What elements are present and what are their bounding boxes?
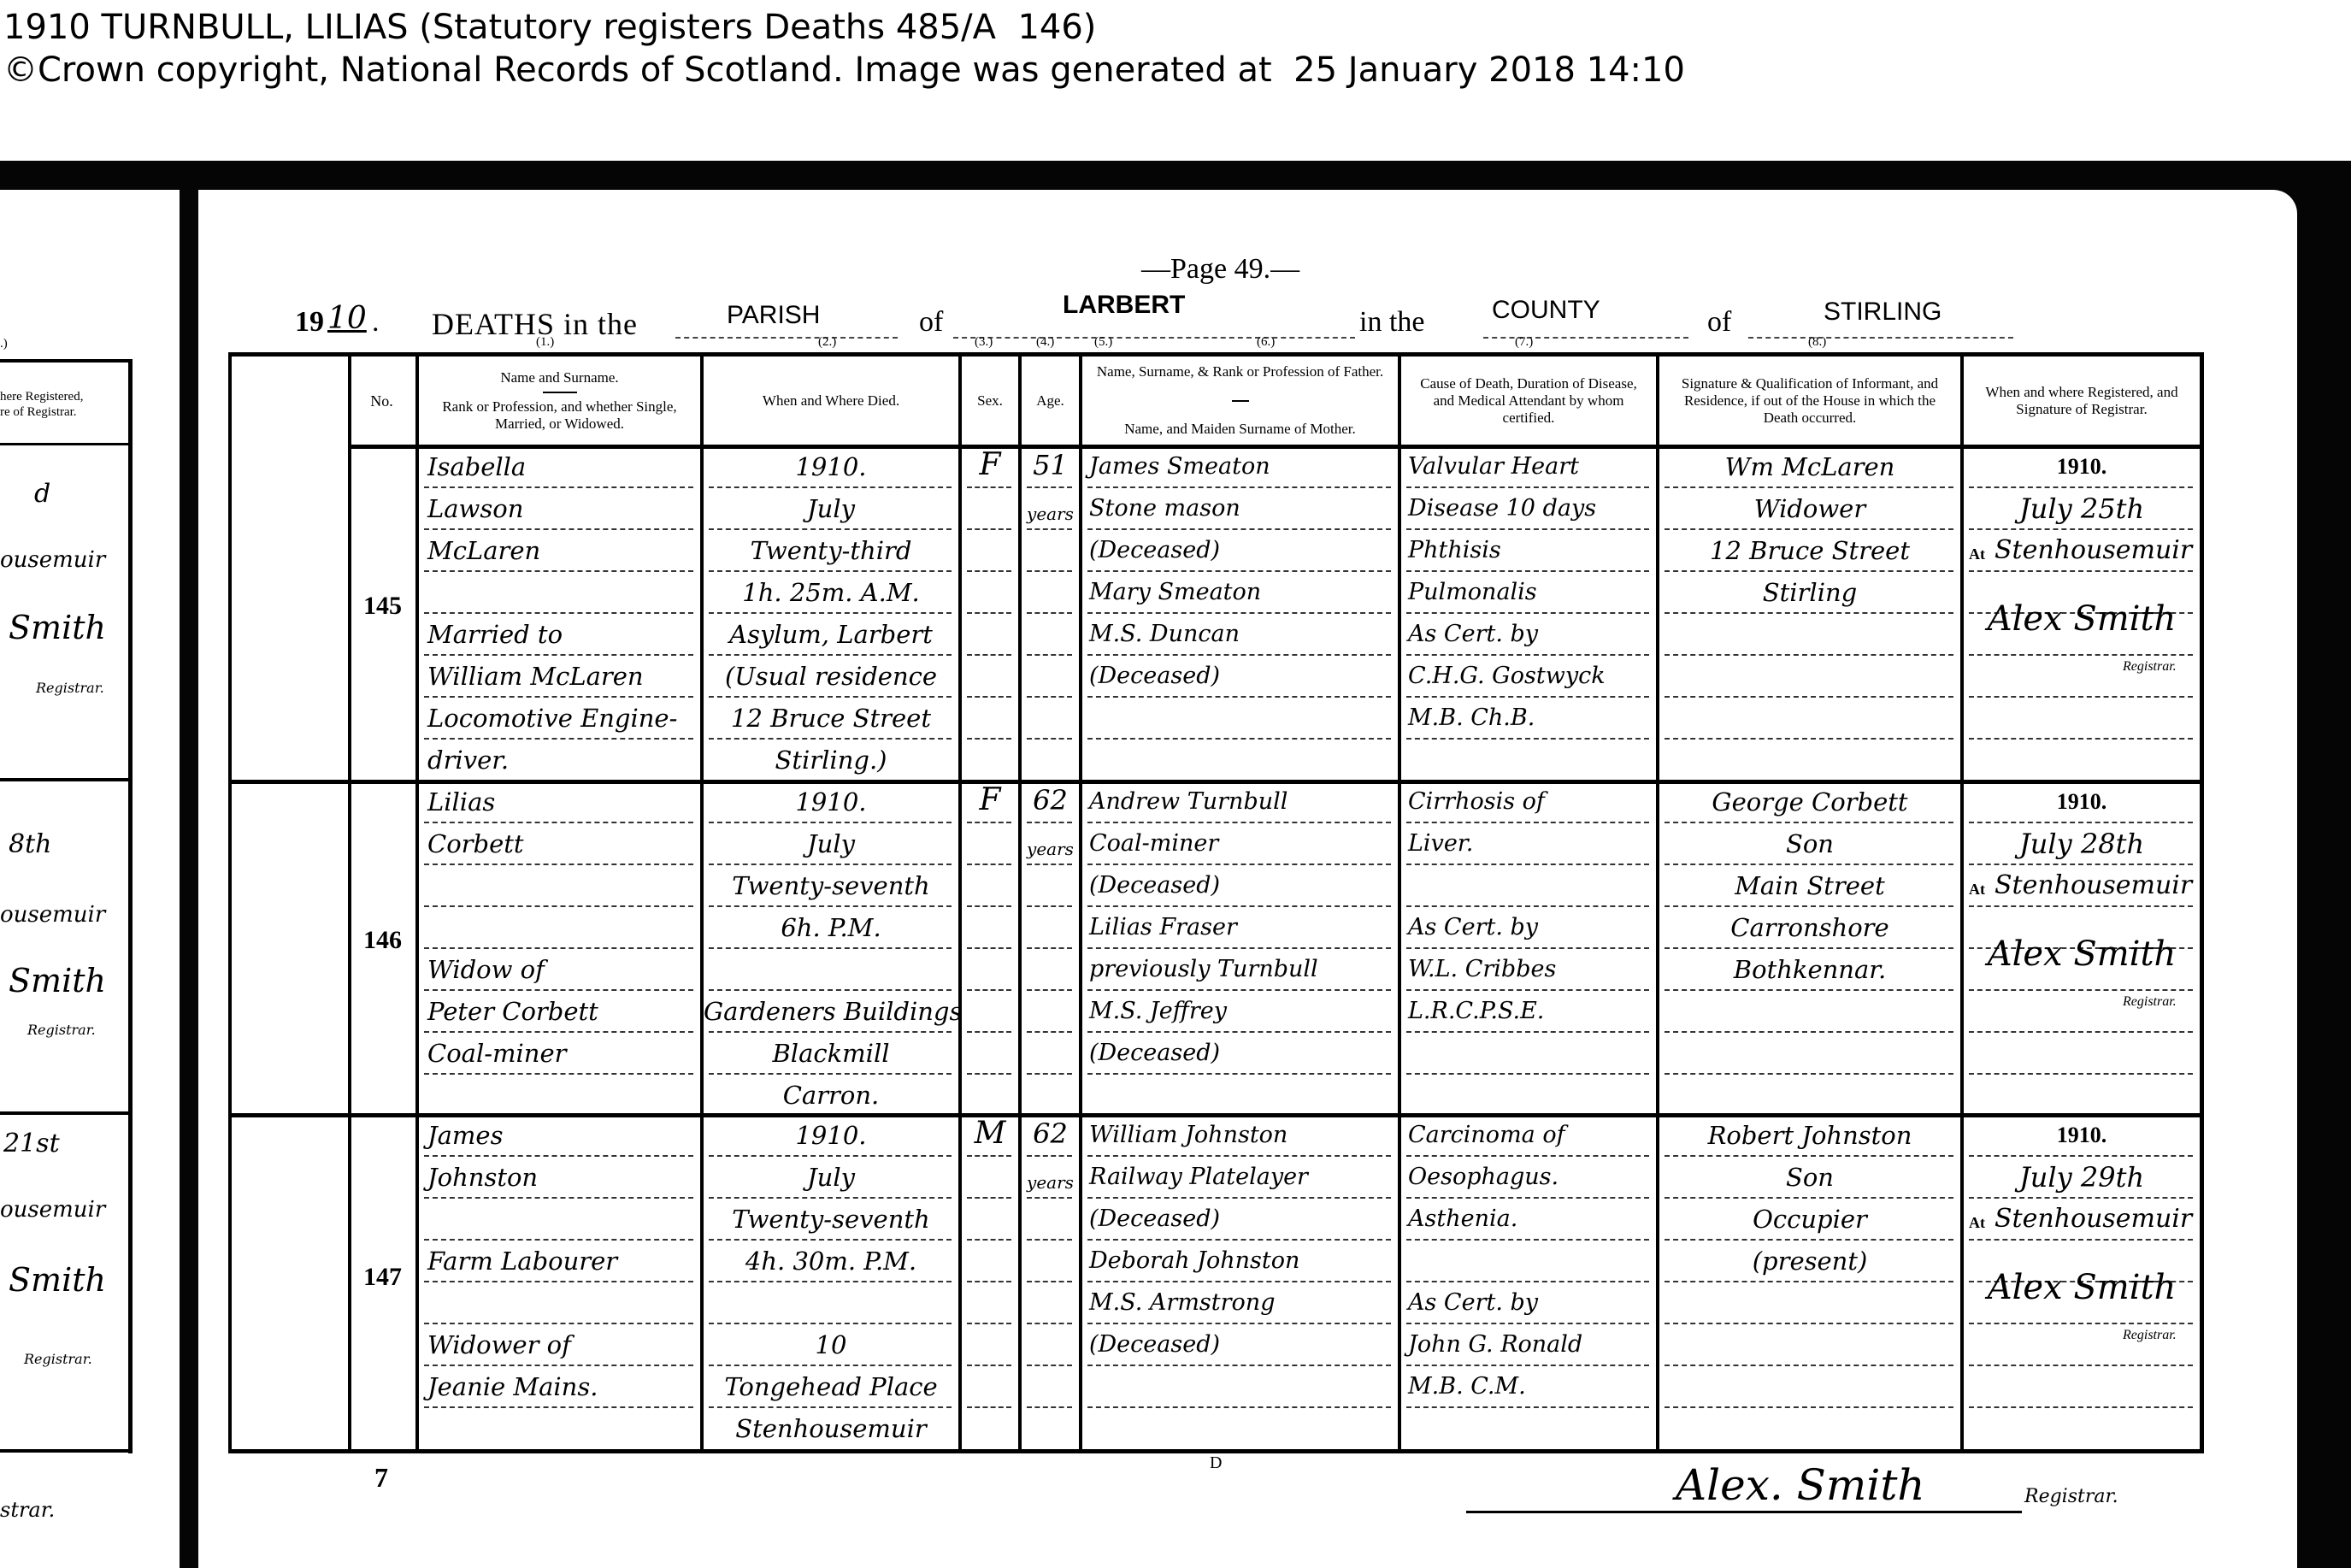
ruled-line	[709, 612, 952, 614]
left-place-1: ousemuir	[0, 547, 105, 573]
name-line: Locomotive Engine-	[427, 703, 692, 734]
ruled-line	[424, 1406, 693, 1408]
ruled-line	[424, 696, 693, 698]
header-no: No.	[348, 357, 415, 445]
ruled-line	[424, 528, 693, 530]
ruled-line	[1969, 1073, 2193, 1075]
name-line: Coal-miner	[427, 1038, 692, 1069]
col-num-1: (1.)	[536, 335, 554, 350]
deaths-title: DEATHS in the	[432, 306, 638, 342]
entry-number: 146	[363, 926, 402, 955]
ruled-line	[424, 738, 693, 740]
ruled-line	[1027, 1323, 1072, 1324]
header-name: Name and Surname. Rank or Profession, an…	[419, 357, 700, 445]
ruled-line	[1406, 989, 1649, 991]
page-label: —Page 49.—	[1141, 253, 1299, 286]
when-where-line: Gardeners Buildings	[704, 996, 958, 1027]
header-age: Age.	[1022, 357, 1079, 445]
parents-line: James Smeaton	[1089, 451, 1391, 482]
registrar-signature: Alex Smith	[1964, 604, 2200, 634]
col-num-4: (4.)	[1036, 335, 1054, 350]
ruled-line	[1027, 1406, 1072, 1408]
ruled-line	[1087, 1406, 1391, 1408]
col-num-7: (7.)	[1515, 335, 1533, 350]
when-where-line: 12 Bruce Street	[704, 703, 958, 734]
cause-line: Asthenia.	[1408, 1204, 1649, 1235]
age-unit: years	[1022, 834, 1079, 864]
of-label-1: of	[919, 306, 943, 339]
ruled-line	[967, 1406, 1011, 1408]
registrar-label: Registrar.	[2123, 659, 2177, 675]
ruled-line	[1406, 738, 1649, 740]
left-registrar-1: Registrar.	[36, 680, 104, 696]
at-label: At	[1969, 881, 1985, 899]
informant-line: George Corbett	[1659, 787, 1960, 817]
name-line: Jeanie Mains.	[427, 1371, 692, 1402]
ruled-line	[1087, 1155, 1391, 1157]
cause-line: W.L. Cribbes	[1408, 954, 1649, 985]
ruled-line	[1087, 864, 1391, 865]
deaths-register-table: No. Name and Surname. Rank or Profession…	[228, 352, 2204, 1453]
left-col-num: .)	[0, 337, 8, 351]
ruled-line	[424, 570, 693, 572]
ruled-line	[709, 1031, 952, 1033]
ruled-line	[1087, 1281, 1391, 1282]
ruled-line	[709, 905, 952, 907]
registrar-signature: Alex Smith	[1964, 939, 2200, 970]
county-type: COUNTY	[1492, 296, 1600, 325]
of-label-2: of	[1707, 306, 1731, 339]
name-line: Married to	[427, 619, 692, 650]
ruled-line	[967, 864, 1011, 865]
cause-line: Pulmonalis	[1408, 577, 1649, 608]
ruled-line	[709, 528, 952, 530]
registered-year: 1910.	[1964, 787, 2200, 817]
informant-line: Robert Johnston	[1659, 1120, 1960, 1151]
ruled-line	[1087, 1197, 1391, 1199]
when-where-line: July	[704, 493, 958, 524]
when-where-line: 1910.	[704, 1120, 958, 1151]
ruled-line	[1406, 1031, 1649, 1033]
ruled-line	[1969, 864, 2193, 865]
ruled-line	[1665, 822, 1953, 823]
ruled-line	[967, 1197, 1011, 1199]
ruled-line	[1087, 486, 1391, 488]
ruled-line	[1027, 1365, 1072, 1366]
name-line: Corbett	[427, 828, 692, 859]
ruled-line	[1406, 1155, 1649, 1157]
ruled-line	[709, 989, 952, 991]
entry-row-147: 147JamesJohnstonFarm LabourerWidower ofJ…	[232, 1113, 2200, 1453]
ruled-line	[1406, 570, 1649, 572]
cause-line: As Cert. by	[1408, 1288, 1649, 1318]
sex-value: F	[962, 785, 1018, 816]
ruled-line	[1969, 738, 2193, 740]
ruled-line	[424, 905, 693, 907]
when-where-line: 1910.	[704, 787, 958, 817]
ruled-line	[1087, 1323, 1391, 1324]
cause-line: M.B. C.M.	[1408, 1371, 1649, 1402]
when-where-line: Carron.	[704, 1080, 958, 1111]
name-line: Widower of	[427, 1329, 692, 1360]
ruled-line	[1969, 989, 2193, 991]
ruled-line	[1087, 905, 1391, 907]
ruled-line	[1406, 528, 1649, 530]
ruled-line	[1406, 822, 1649, 823]
ruled-line	[1406, 1365, 1649, 1366]
ruled-line	[1665, 1281, 1953, 1282]
bottom-signature-line	[1466, 1511, 2022, 1513]
ruled-line	[709, 1281, 952, 1282]
parents-line: Stone mason	[1089, 493, 1391, 524]
ruled-line	[1027, 1281, 1072, 1282]
ruled-line	[967, 1073, 1011, 1075]
when-where-line: Twenty-third	[704, 535, 958, 566]
ruled-line	[1665, 1155, 1953, 1157]
sex-value: M	[962, 1118, 1018, 1149]
ruled-line	[967, 570, 1011, 572]
ruled-line	[967, 989, 1011, 991]
parents-line: Mary Smeaton	[1089, 577, 1391, 608]
left-registrar-2: Registrar.	[27, 1022, 96, 1038]
ruled-line	[1027, 1155, 1072, 1157]
ruled-line	[967, 1365, 1011, 1366]
bottom-registrar-label: Registrar.	[2024, 1486, 2118, 1507]
registered-date: July 29th	[1964, 1162, 2200, 1193]
when-where-line: 1910.	[704, 451, 958, 482]
ruled-line	[1087, 1365, 1391, 1366]
ruled-line	[1087, 570, 1391, 572]
ruled-line	[424, 1197, 693, 1199]
informant-line: Widower	[1659, 493, 1960, 524]
ruled-line	[967, 738, 1011, 740]
ruled-line	[1969, 654, 2193, 656]
informant-line: Son	[1659, 1162, 1960, 1193]
registered-place: Stenhousemuir	[1995, 870, 2196, 901]
ruled-line	[1087, 947, 1391, 949]
ruled-line	[967, 1031, 1011, 1033]
ruled-line	[1027, 905, 1072, 907]
ruled-line	[1406, 947, 1649, 949]
ruled-line	[1969, 696, 2193, 698]
ruled-line	[1087, 1073, 1391, 1075]
ruled-line	[424, 947, 693, 949]
name-line: William McLaren	[427, 661, 692, 692]
ruled-line	[424, 1323, 693, 1324]
ruled-line	[1665, 1406, 1953, 1408]
ruled-line	[709, 738, 952, 740]
name-line: Farm Labourer	[427, 1246, 692, 1276]
entry-row-146: 146LiliasCorbettWidow ofPeter CorbettCoa…	[232, 780, 2200, 1113]
ruled-line	[1406, 1281, 1649, 1282]
in-the-label: in the	[1359, 306, 1424, 339]
parents-line: M.S. Armstrong	[1089, 1288, 1391, 1318]
ruled-line	[967, 1239, 1011, 1241]
when-where-line: July	[704, 1162, 958, 1193]
registered-year: 1910.	[1964, 451, 2200, 482]
age-value: 62	[1022, 785, 1079, 816]
when-where-line: Blackmill	[704, 1038, 958, 1069]
left-date-1: d	[34, 479, 50, 509]
ruled-line	[1087, 738, 1391, 740]
header-informant: Signature & Qualification of Informant, …	[1659, 357, 1960, 445]
ruled-line	[424, 864, 693, 865]
name-line: McLaren	[427, 535, 692, 566]
ruled-line	[1027, 822, 1072, 823]
name-line: Johnston	[427, 1162, 692, 1193]
informant-line: Carronshore	[1659, 912, 1960, 943]
parents-line: Lilias Fraser	[1089, 912, 1391, 943]
ruled-line	[709, 570, 952, 572]
entry-row-145: 145IsabellaLawsonMcLarenMarried toWillia…	[232, 445, 2200, 780]
col-num-8: (8.)	[1808, 335, 1826, 350]
ruled-line	[1969, 1239, 2193, 1241]
col-num-5: (5.)	[1094, 335, 1112, 350]
record-title: 1910 TURNBULL, LILIAS (Statutory registe…	[3, 7, 1096, 48]
ruled-line	[1027, 738, 1072, 740]
name-line: driver.	[427, 745, 692, 775]
ruled-line	[1027, 486, 1072, 488]
ruled-line	[1027, 1239, 1072, 1241]
parents-line: M.S. Jeffrey	[1089, 996, 1391, 1027]
ruled-line	[967, 1281, 1011, 1282]
ruled-line	[967, 822, 1011, 823]
age-unit: years	[1022, 498, 1079, 529]
sex-value: F	[962, 450, 1018, 480]
parents-line: previously Turnbull	[1089, 954, 1391, 985]
ruled-line	[424, 822, 693, 823]
cause-line: Disease 10 days	[1408, 493, 1649, 524]
ruled-line	[709, 947, 952, 949]
ruled-line	[1969, 1031, 2193, 1033]
parents-line: M.S. Duncan	[1089, 619, 1391, 650]
ruled-line	[424, 1073, 693, 1075]
ruled-line	[1027, 612, 1072, 614]
cause-line: C.H.G. Gostwyck	[1408, 661, 1649, 692]
when-where-line: 4h. 30m. P.M.	[704, 1246, 958, 1276]
ruled-line	[424, 486, 693, 488]
ruled-line	[1027, 989, 1072, 991]
registered-date: July 28th	[1964, 828, 2200, 859]
left-registrar-3: Registrar.	[24, 1351, 92, 1367]
ruled-line	[709, 1365, 952, 1366]
ruled-line	[1087, 1239, 1391, 1241]
ruled-line	[709, 864, 952, 865]
parents-line: Andrew Turnbull	[1089, 787, 1391, 817]
col-num-6: (6.)	[1257, 335, 1275, 350]
ruled-line	[1969, 822, 2193, 823]
parents-line: (Deceased)	[1089, 1204, 1391, 1235]
left-bottom-fragment: strar.	[0, 1498, 55, 1522]
county-name: STIRLING	[1824, 298, 1941, 327]
ruled-line	[1969, 1197, 2193, 1199]
registrar-label: Registrar.	[2123, 1328, 2177, 1343]
informant-line: (present)	[1659, 1246, 1960, 1276]
ruled-line	[1969, 570, 2193, 572]
informant-line: Stirling	[1659, 577, 1960, 608]
when-where-line: (Usual residence	[704, 661, 958, 692]
ruled-line	[1969, 528, 2193, 530]
registrar-signature: Alex Smith	[1964, 1272, 2200, 1303]
cause-line: Phthisis	[1408, 535, 1649, 566]
ruled-line	[967, 654, 1011, 656]
ruled-line	[1665, 905, 1953, 907]
name-line: Lilias	[427, 787, 692, 817]
when-where-line: Twenty-seventh	[704, 870, 958, 901]
cause-line: As Cert. by	[1408, 912, 1649, 943]
header-registered: When and where Registered, and Signature…	[1964, 357, 2200, 445]
ruled-line	[967, 486, 1011, 488]
entry-number: 145	[363, 592, 402, 621]
ruled-line	[1406, 864, 1649, 865]
year-prefix: 19	[295, 306, 324, 339]
ruled-line	[1027, 1073, 1072, 1075]
ruled-line	[1087, 822, 1391, 823]
ruled-line	[1665, 738, 1953, 740]
when-where-line: 6h. P.M.	[704, 912, 958, 943]
ruled-line	[1406, 1406, 1649, 1408]
ruled-line	[709, 1323, 952, 1324]
ruled-line	[967, 947, 1011, 949]
when-where-line: 10	[704, 1329, 958, 1360]
ruled-line	[1665, 1365, 1953, 1366]
informant-line: 12 Bruce Street	[1659, 535, 1960, 566]
registered-year: 1910.	[1964, 1120, 2200, 1151]
ruled-line	[424, 1281, 693, 1282]
when-where-line: Stirling.)	[704, 745, 958, 775]
ruled-line	[709, 1073, 952, 1075]
ruled-line	[1665, 612, 1953, 614]
age-value: 62	[1022, 1118, 1079, 1149]
ruled-line	[1406, 1197, 1649, 1199]
when-where-line: Tongehead Place	[704, 1371, 958, 1402]
name-line: Isabella	[427, 451, 692, 482]
cause-line: Liver.	[1408, 828, 1649, 859]
registered-date: July 25th	[1964, 493, 2200, 524]
name-line: Widow of	[427, 954, 692, 985]
ruled-line	[1969, 1155, 2193, 1157]
district-name: LARBERT	[1063, 291, 1185, 320]
left-signature-2: Smith	[9, 962, 106, 999]
name-line: Peter Corbett	[427, 996, 692, 1027]
header-cause: Cause of Death, Duration of Disease, and…	[1401, 357, 1656, 445]
col-num-3: (3.)	[975, 335, 993, 350]
ruled-line	[1665, 1323, 1953, 1324]
ruled-line	[1665, 1239, 1953, 1241]
year-handwritten: 10	[327, 301, 367, 336]
ruled-line	[709, 654, 952, 656]
copyright-notice: ©Crown copyright, National Records of Sc…	[3, 50, 1685, 91]
at-label: At	[1969, 545, 1985, 563]
ruled-line	[1665, 570, 1953, 572]
col-num-2: (2.)	[818, 335, 836, 350]
ruled-line	[1406, 612, 1649, 614]
ruled-line	[1027, 570, 1072, 572]
ruled-line	[1406, 696, 1649, 698]
ruled-line	[1027, 947, 1072, 949]
ruled-line	[424, 1239, 693, 1241]
cause-line: As Cert. by	[1408, 619, 1649, 650]
parents-line: (Deceased)	[1089, 535, 1391, 566]
name-line: Lawson	[427, 493, 692, 524]
ruled-line	[424, 989, 693, 991]
ruled-line	[1665, 1073, 1953, 1075]
cause-line: Oesophagus.	[1408, 1162, 1649, 1193]
ruled-line	[1087, 528, 1391, 530]
informant-line: Wm McLaren	[1659, 451, 1960, 482]
registered-place: Stenhousemuir	[1995, 1204, 2196, 1235]
ruled-line	[709, 1155, 952, 1157]
name-line: James	[427, 1120, 692, 1151]
ruled-line	[967, 528, 1011, 530]
left-date-2: 8th	[9, 829, 51, 859]
cause-line: L.R.C.P.S.E.	[1408, 996, 1649, 1027]
entry-number: 147	[363, 1263, 402, 1292]
informant-line: Occupier	[1659, 1204, 1960, 1235]
registered-place: Stenhousemuir	[1995, 535, 2196, 566]
ruled-line	[709, 696, 952, 698]
cause-line: M.B. Ch.B.	[1408, 703, 1649, 734]
when-where-line: July	[704, 828, 958, 859]
cause-line: John G. Ronald	[1408, 1329, 1649, 1360]
parents-line: Deborah Johnston	[1089, 1246, 1391, 1276]
parents-line: (Deceased)	[1089, 870, 1391, 901]
at-label: At	[1969, 1214, 1985, 1232]
parents-line: William Johnston	[1089, 1120, 1391, 1151]
ruled-line	[1665, 1197, 1953, 1199]
left-header: here Registered,re of Registrar.	[0, 389, 83, 420]
ruled-line	[1087, 989, 1391, 991]
ruled-line	[1665, 947, 1953, 949]
ruled-line	[1665, 486, 1953, 488]
cause-line: Valvular Heart	[1408, 451, 1649, 482]
left-signature-1: Smith	[9, 609, 106, 646]
ruled-line	[1406, 1323, 1649, 1324]
ruled-line	[1665, 654, 1953, 656]
ruled-line	[1406, 905, 1649, 907]
when-where-line: 1h. 25m. A.M.	[704, 577, 958, 608]
age-unit: years	[1022, 1167, 1079, 1198]
bottom-registrar-signature: Alex. Smith	[1676, 1460, 1925, 1510]
ruled-line	[967, 905, 1011, 907]
ruled-line	[1406, 1073, 1649, 1075]
ruled-line	[424, 612, 693, 614]
parents-line: (Deceased)	[1089, 661, 1391, 692]
ruled-line	[424, 1155, 693, 1157]
ruled-line	[1665, 864, 1953, 865]
ruled-line	[1027, 654, 1072, 656]
ruled-line	[1969, 1365, 2193, 1366]
ruled-line	[424, 654, 693, 656]
left-place-3: ousemuir	[0, 1197, 105, 1223]
age-value: 51	[1022, 450, 1079, 480]
registrar-label: Registrar.	[2123, 994, 2177, 1010]
ruled-line	[967, 1155, 1011, 1157]
district-type: PARISH	[727, 301, 820, 330]
header-parents: Name, Surname, & Rank or Profession of F…	[1082, 357, 1398, 445]
ruled-line	[1406, 654, 1649, 656]
ruled-line	[1665, 528, 1953, 530]
left-signature-3: Smith	[9, 1261, 106, 1299]
ruled-line	[424, 1031, 693, 1033]
informant-line: Son	[1659, 828, 1960, 859]
when-where-line: Asylum, Larbert	[704, 619, 958, 650]
ruled-line	[1406, 486, 1649, 488]
ruled-line	[967, 1323, 1011, 1324]
ruled-line	[1087, 696, 1391, 698]
parents-line: (Deceased)	[1089, 1329, 1391, 1360]
when-where-line: Twenty-seventh	[704, 1204, 958, 1235]
